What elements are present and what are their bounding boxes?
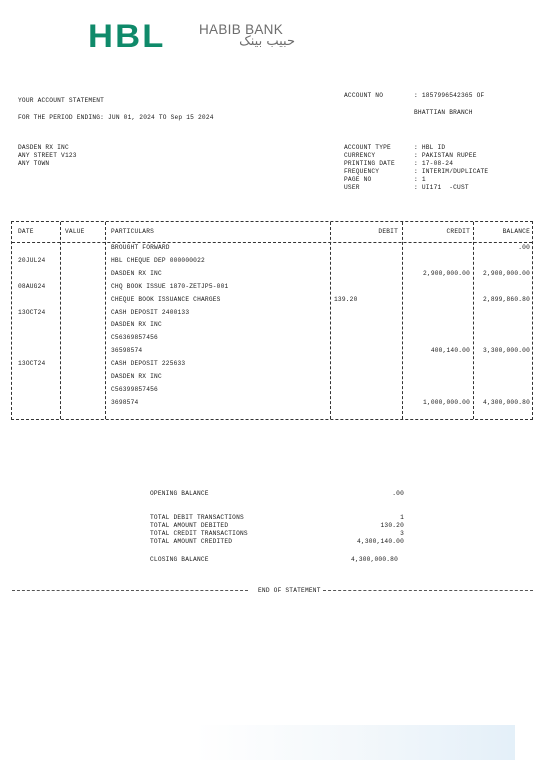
cell-particulars: BROUGHT FORWARD [111,244,326,251]
account-no-value: : 1857996542365 OF [414,92,484,99]
cell-balance: 4,300,000.80 [473,399,530,406]
cell-date: 13OCT24 [18,360,58,367]
transactions-table: DATE VALUE PARTICULARS DEBIT CREDIT BALA… [11,221,533,420]
cell-credit: 400,140.00 [402,347,470,354]
detail-label: USER [344,184,360,191]
closing-balance-value: 4,300,000.80 [310,556,398,563]
column-divider [105,222,106,419]
detail-value: : UI171 -CUST [414,184,469,191]
detail-label: PAGE NO [344,176,371,183]
end-divider-left [12,590,248,592]
summary-value: 1 [320,514,404,521]
cell-particulars: 3698574 [111,399,326,406]
cell-credit: 1,000,000.00 [402,399,470,406]
hbl-logo: HBL [88,18,166,54]
cell-particulars: CHEQUE BOOK ISSUANCE CHARGES [111,296,326,303]
statement-period: FOR THE PERIOD ENDING: JUN 01, 2024 TO S… [18,114,214,121]
customer-town: ANY TOWN [18,160,49,167]
summary-value: 4,300,140.00 [320,538,404,545]
end-divider-right [323,590,533,592]
opening-balance-value: .00 [320,490,404,497]
end-of-statement: END OF STATEMENT [258,587,321,594]
detail-value: : INTERIM/DUPLICATE [414,168,488,175]
cell-balance: 3,300,000.00 [473,347,530,354]
cell-balance: .00 [473,244,530,251]
cell-particulars: 36598574 [111,347,326,354]
cell-date: 13OCT24 [18,309,58,316]
cell-particulars: C56369857456 [111,334,326,341]
cell-date: 08AUG24 [18,283,58,290]
cell-particulars: CASH DEPOSIT 2400133 [111,309,326,316]
account-no-label: ACCOUNT NO [344,92,383,99]
customer-street: ANY STREET V123 [18,152,77,159]
cell-particulars: DASDEN RX INC [111,321,326,328]
cell-credit: 2,900,000.00 [402,270,470,277]
detail-value: : 1 [414,176,426,183]
cell-particulars: C56399857456 [111,386,326,393]
cell-particulars: HBL CHEQUE DEP 000000022 [111,257,326,264]
opening-balance-label: OPENING BALANCE [150,490,209,497]
cell-debit: 139.20 [334,296,398,303]
cell-balance: 2,899,860.80 [473,296,530,303]
statement-title: YOUR ACCOUNT STATEMENT [18,97,104,104]
header-debit: DEBIT [330,228,398,235]
summary-label: TOTAL DEBIT TRANSACTIONS [150,514,244,521]
detail-label: CURRENCY [344,152,375,159]
faint-watermark [195,725,515,760]
cell-particulars: DASDEN RX INC [111,270,326,277]
column-divider [402,222,403,419]
bank-name-urdu: حبیب بینک [200,34,295,50]
column-divider [60,222,61,419]
detail-label: ACCOUNT TYPE [344,144,391,151]
summary-label: TOTAL AMOUNT CREDITED [150,538,232,545]
detail-label: PRINTING DATE [344,160,395,167]
summary-value: 130.20 [320,522,404,529]
header-particulars: PARTICULARS [111,228,154,235]
customer-name: DASDEN RX INC [18,144,69,151]
detail-value: : 17-08-24 [414,160,453,167]
cell-particulars: DASDEN RX INC [111,373,326,380]
branch-name: BHATTIAN BRANCH [414,109,473,116]
cell-date: 20JUL24 [18,257,58,264]
summary-value: 3 [320,530,404,537]
detail-label: FREQUENCY [344,168,379,175]
header-divider [12,242,532,243]
column-divider [330,222,331,419]
column-divider [473,222,474,419]
header-date: DATE [18,228,34,235]
summary-label: TOTAL CREDIT TRANSACTIONS [150,530,248,537]
detail-value: : PAKISTAN RUPEE [414,152,477,159]
cell-particulars: CHQ BOOK ISSUE 1870-ZETJP5-001 [111,283,326,290]
cell-balance: 2,900,000.00 [473,270,530,277]
header-value: VALUE [65,228,85,235]
closing-balance-label: CLOSING BALANCE [150,556,209,563]
summary-label: TOTAL AMOUNT DEBITED [150,522,228,529]
header-credit: CREDIT [402,228,470,235]
detail-value: : HBL ID [414,144,445,151]
header-balance: BALANCE [473,228,530,235]
cell-particulars: CASH DEPOSIT 225633 [111,360,326,367]
